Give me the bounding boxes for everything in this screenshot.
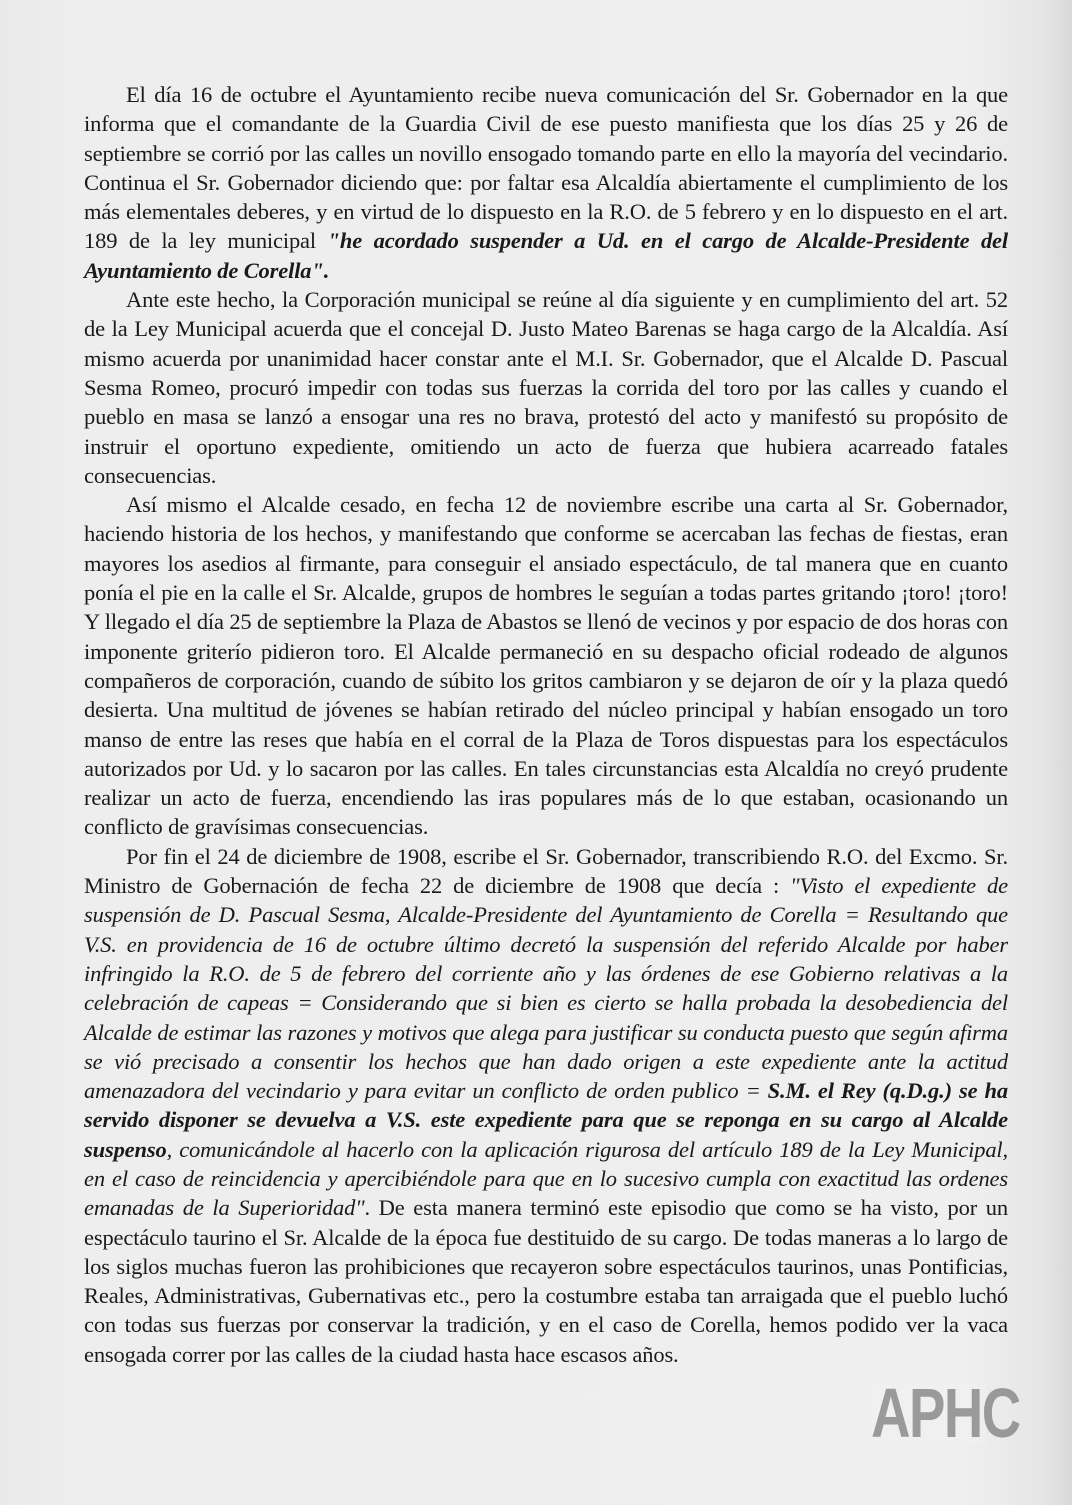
watermark-logo: APHC (868, 1382, 987, 1444)
paragraph-royal-order: Por fin el 24 de diciembre de 1908, escr… (84, 842, 1008, 1369)
text-run: . De esta manera terminó este episodio q… (84, 1195, 1008, 1366)
text-run: Ante este hecho, la Corporación municipa… (84, 287, 1008, 488)
text-run: Así mismo el Alcalde cesado, en fecha 12… (84, 492, 1008, 839)
paragraph-corporation-meeting: Ante este hecho, la Corporación municipa… (84, 285, 1008, 490)
body-text: El día 16 de octubre el Ayuntamiento rec… (84, 80, 1008, 1369)
quote-royal-order: "Visto el expediente de suspensión de D.… (84, 873, 1008, 1103)
paragraph-mayor-letter: Así mismo el Alcalde cesado, en fecha 12… (84, 490, 1008, 842)
paragraph-suspension-notice: El día 16 de octubre el Ayuntamiento rec… (84, 80, 1008, 285)
scanned-page: El día 16 de octubre el Ayuntamiento rec… (0, 0, 1072, 1505)
